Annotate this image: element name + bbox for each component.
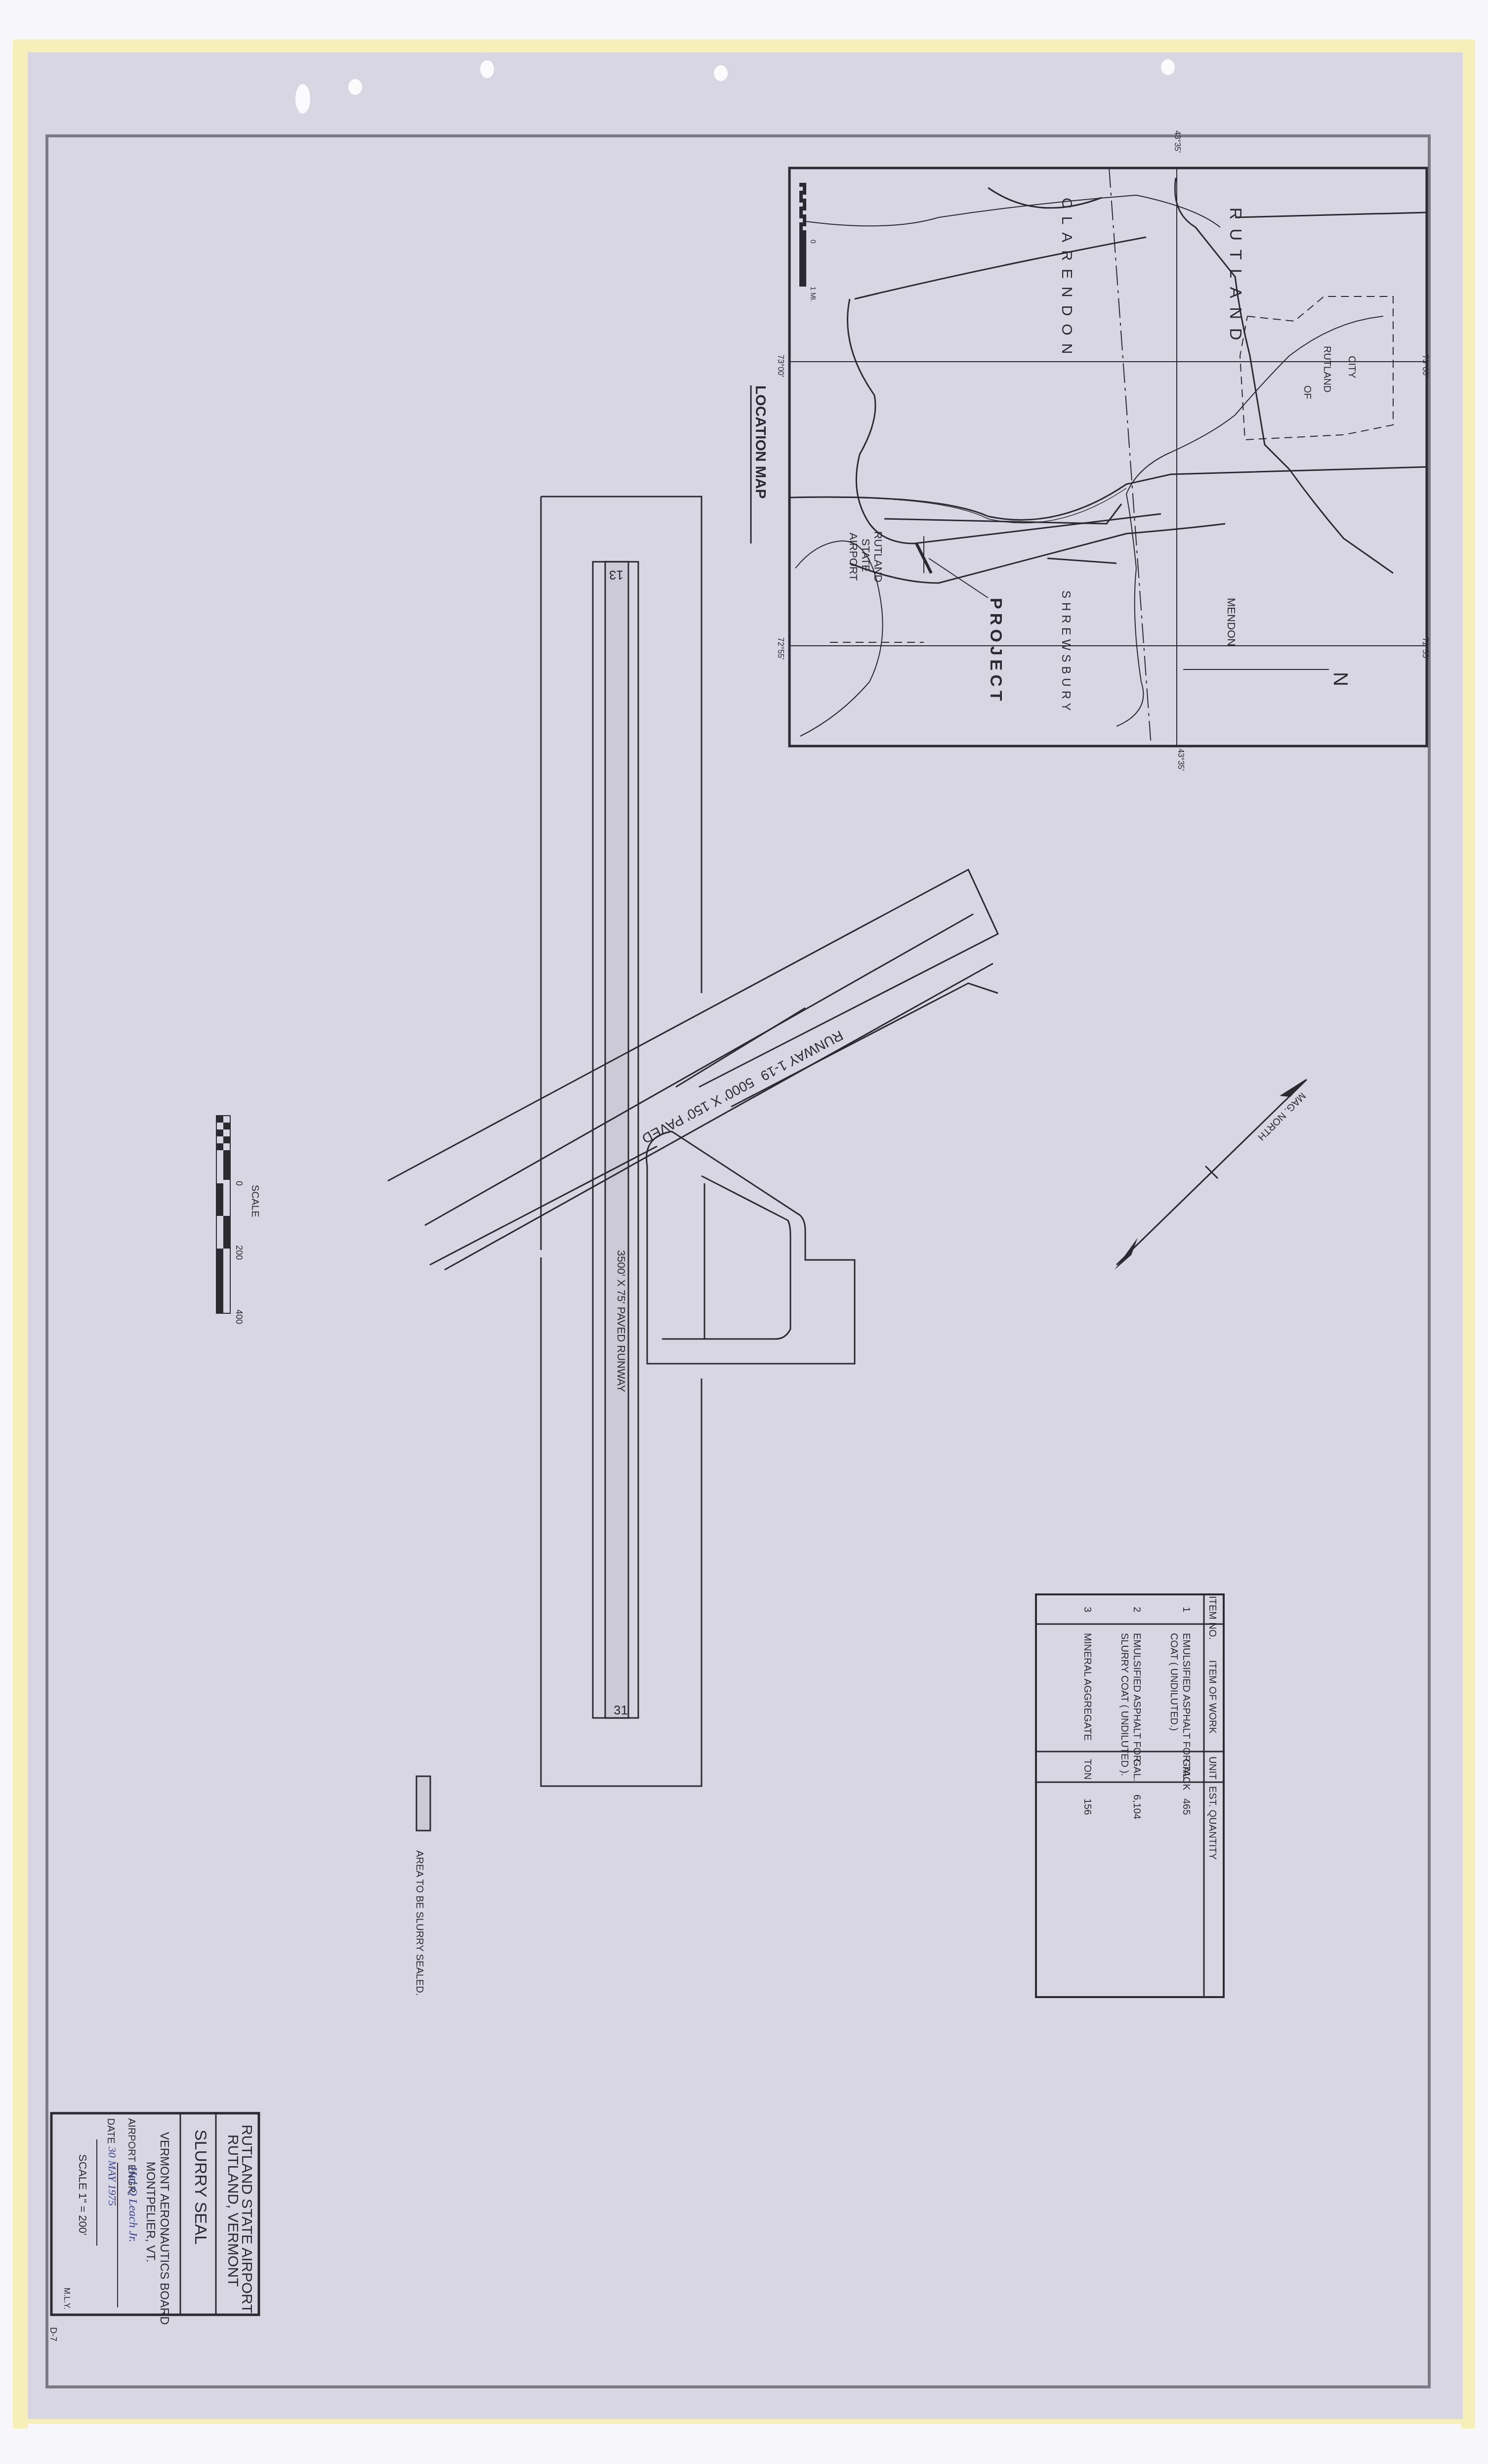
legend-swatch — [416, 1776, 430, 1831]
runway-13-31-dimensions: 3500' X 75' PAVED RUNWAY — [615, 1250, 627, 1392]
agency: VERMONT AERONAUTICS BOARD — [158, 2132, 171, 2325]
legend-label: AREA TO BE SLURRY SEALED. — [414, 1850, 425, 1996]
svg-text:TON: TON — [1082, 1759, 1093, 1780]
svg-text:43°35': 43°35' — [1173, 130, 1181, 153]
title-location: RUTLAND, VERMONT — [225, 2134, 241, 2287]
svg-text:ITEM OF WORK: ITEM OF WORK — [1207, 1660, 1218, 1734]
runway-1-19-dimensions: 5000' X 150' PAVED — [639, 1075, 756, 1147]
svg-text:6,104: 6,104 — [1131, 1795, 1142, 1819]
runway-end-31: 31 — [614, 1703, 628, 1717]
svg-text:73°00': 73°00' — [776, 355, 785, 377]
svg-text:STATE: STATE — [860, 539, 872, 572]
svg-text:465: 465 — [1181, 1798, 1192, 1815]
svg-text:MINERAL AGGREGATE: MINERAL AGGREGATE — [1082, 1633, 1093, 1741]
sheet-number: D-7 — [48, 2327, 58, 2341]
agency-location: MONTPELIER, VT. — [144, 2162, 157, 2262]
svg-text:43°35': 43°35' — [1176, 749, 1185, 771]
quantities-table: ITEM NO. ITEM OF WORK UNIT EST. QUANTITY… — [1036, 1594, 1224, 1997]
town-rutland: RUTLAND — [1226, 208, 1245, 349]
runway-1-19-area-outline — [388, 870, 998, 1181]
drawing-scale: SCALE 1" = 200' — [77, 2154, 89, 2235]
drawing-title: SLURRY SEAL — [191, 2130, 210, 2245]
mag-north-arrow: MAG. NORTH — [1115, 1079, 1308, 1270]
city-label: CITY — [1346, 356, 1357, 378]
svg-text:72°55': 72°55' — [1421, 637, 1429, 660]
runway-1-19-name: RUNWAY 1-19 — [758, 1028, 846, 1084]
svg-text:73°00': 73°00' — [1421, 355, 1429, 377]
svg-text:GAL.: GAL. — [1181, 1759, 1192, 1782]
runway-end-13: 13 — [609, 568, 623, 583]
svg-text:ITEM NO.: ITEM NO. — [1207, 1596, 1218, 1640]
svg-text:200: 200 — [234, 1245, 244, 1260]
mag-north-label: MAG. NORTH — [1255, 1090, 1308, 1142]
svg-text:AIRPORT: AIRPORT — [847, 533, 860, 581]
drafter-initials: M.L.Y. — [62, 2288, 71, 2309]
svg-text:OF: OF — [1302, 385, 1313, 399]
svg-text:DATE: DATE — [105, 2118, 116, 2144]
svg-text:72°55': 72°55' — [776, 637, 785, 660]
svg-text:GAL.: GAL. — [1131, 1759, 1142, 1782]
date-value: 30 MAY 1975 — [106, 2146, 119, 2206]
location-map: 0 1 MI. RUTLAND CLAREND — [776, 130, 1429, 771]
svg-text:RUTLAND: RUTLAND — [1322, 346, 1332, 392]
svg-text:EST. QUANTITY: EST. QUANTITY — [1207, 1786, 1218, 1860]
svg-text:156: 156 — [1082, 1798, 1093, 1815]
svg-text:1: 1 — [1181, 1607, 1192, 1612]
svg-text:400: 400 — [234, 1309, 244, 1324]
svg-text:0: 0 — [234, 1181, 244, 1186]
scale-label: SCALE — [249, 1185, 260, 1217]
svg-text:UNIT: UNIT — [1207, 1756, 1218, 1780]
svg-text:3: 3 — [1082, 1607, 1093, 1612]
town-clarendon: CLARENDON — [1059, 198, 1075, 362]
svg-text:SLURRY COAT ( UNDILUTED ).: SLURRY COAT ( UNDILUTED ). — [1119, 1633, 1130, 1776]
airport-label: RUTLAND — [872, 531, 884, 583]
title-block: RUTLAND STATE AIRPORT RUTLAND, VERMONT S… — [51, 2113, 259, 2325]
engineer-signature: Hal Q Leach Jr. — [126, 2166, 139, 2242]
town-mendon: MENDON — [1225, 598, 1238, 646]
location-map-heading: LOCATION MAP — [752, 385, 769, 499]
svg-text:2: 2 — [1131, 1607, 1142, 1612]
legend: AREA TO BE SLURRY SEALED. — [414, 1776, 430, 1996]
svg-text:COAT ( UNDILUTED.): COAT ( UNDILUTED.) — [1168, 1633, 1179, 1731]
graphic-scale: 0 200 400 SCALE — [216, 1116, 260, 1324]
airport-layout-drawing: 5000' X 150' PAVED RUNWAY 1-19 3500' X 7… — [0, 0, 1488, 2464]
town-shrewsbury: SHREWSBURY — [1059, 590, 1073, 715]
svg-text:1 MI.: 1 MI. — [809, 287, 817, 302]
project-label: PROJECT — [987, 598, 1005, 705]
svg-text:0: 0 — [809, 240, 817, 244]
svg-text:EMULSIFIED ASPHALT FOR: EMULSIFIED ASPHALT FOR — [1131, 1633, 1142, 1762]
location-map-north-arrow: N — [1329, 672, 1351, 686]
